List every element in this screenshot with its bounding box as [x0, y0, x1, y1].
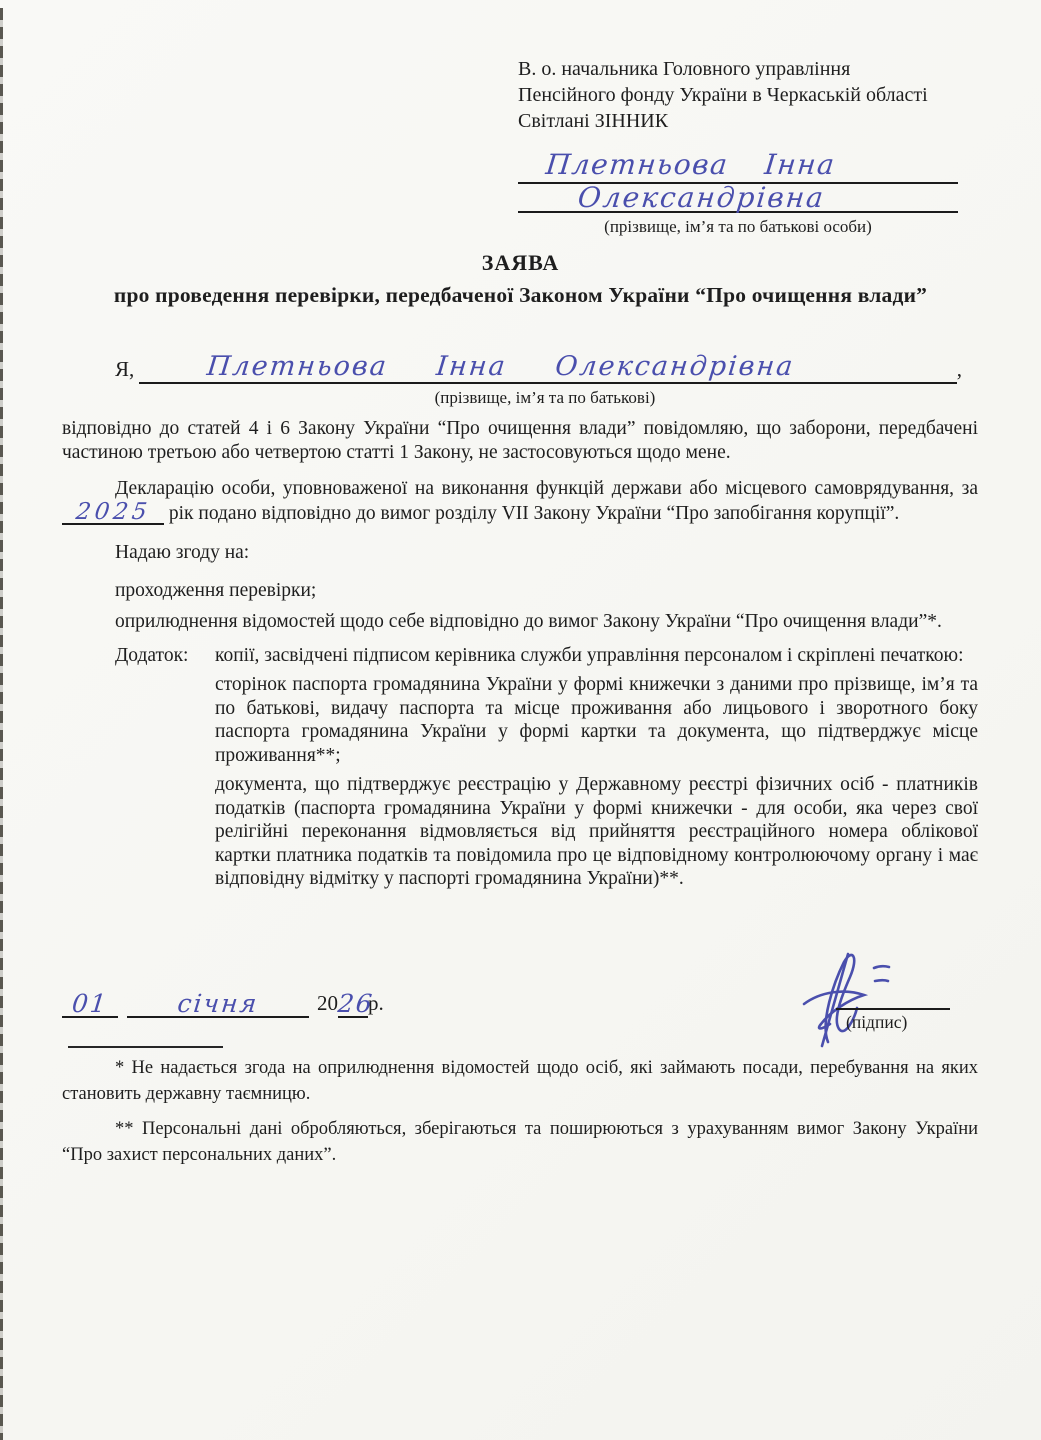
- attachment-item: копії, засвідчені підписом керівника слу…: [215, 644, 978, 668]
- attachment-item: сторінок паспорта громадянина України у …: [215, 673, 978, 767]
- signature-caption: (підпис): [846, 1012, 907, 1033]
- handwritten-patronymic: Олександрівна: [576, 181, 826, 214]
- paragraph-no-bans: відповідно до статей 4 і 6 Закону Україн…: [62, 417, 978, 464]
- attachment-label: Додаток:: [115, 644, 188, 668]
- declaration-text-after: рік подано відповідно до вимог розділу V…: [169, 503, 899, 524]
- date-month-ruled-line: січня: [127, 982, 309, 1018]
- date-century: 20: [317, 991, 338, 1018]
- date-year-ruled-line: 26: [338, 982, 368, 1018]
- addressee-line: Пенсійного фонду України в Черкаській об…: [518, 82, 968, 108]
- handwritten-surname-firstname: Плетньова Інна: [544, 148, 837, 181]
- footnote-divider: [68, 1046, 223, 1048]
- trailing-comma: ,: [957, 357, 962, 384]
- date-day-ruled-line: 01: [62, 982, 118, 1018]
- document-subtitle: про проведення перевірки, передбаченої З…: [0, 283, 1041, 308]
- handwritten-month: січня: [125, 989, 310, 1018]
- applicant-name-block: Плетньова Інна Олександрівна (прізвище, …: [518, 146, 958, 237]
- name-caption: (прізвище, ім’я та по батькові особи): [518, 217, 958, 237]
- signature-ruled-line: [836, 1008, 950, 1010]
- handwritten-year-digits: 26: [336, 989, 369, 1018]
- declarant-caption: (прізвище, ім’я та по батькові): [340, 388, 750, 408]
- name-ruled-line-1: Плетньова Інна: [518, 146, 958, 184]
- consent-item-check: проходження перевірки;: [62, 579, 978, 603]
- date-line: 01січня2026р.: [62, 982, 384, 1018]
- scanner-edge-artifact: [0, 8, 3, 1440]
- attachment-item: документа, що підтверджує реєстрацію у Д…: [215, 773, 978, 891]
- consent-item-publication: оприлюднення відомостей щодо себе відпов…: [62, 610, 978, 634]
- attachment-list: копії, засвідчені підписом керівника слу…: [215, 644, 978, 891]
- handwritten-full-name: Плетньова Інна Олександрівна: [206, 351, 797, 382]
- declarant-line: Я, Плетньова Інна Олександрівна ,: [62, 348, 962, 384]
- declaration-year-ruled-line: 2025: [62, 501, 164, 525]
- title-block: ЗАЯВА про проведення перевірки, передбач…: [0, 250, 1041, 308]
- document-title: ЗАЯВА: [0, 250, 1041, 276]
- scanned-document-page: В. о. начальника Головного управління Пе…: [0, 0, 1041, 1440]
- consent-intro: Надаю згоду на:: [62, 541, 978, 565]
- declarant-label: Я,: [62, 357, 134, 384]
- addressee-block: В. о. начальника Головного управління Пе…: [518, 56, 968, 134]
- handwritten-signature: [788, 950, 918, 1050]
- handwritten-declaration-year: 2025: [74, 501, 152, 525]
- paragraph-declaration: Декларацію особи, уповноваженої на викон…: [62, 477, 978, 525]
- handwritten-day: 01: [60, 989, 119, 1018]
- footnote-state-secret: * Не надається згода на оприлюднення від…: [62, 1055, 978, 1107]
- name-ruled-line-2: Олександрівна: [518, 184, 958, 213]
- signature-block: (підпис): [788, 948, 968, 1058]
- footnotes-section: * Не надається згода на оприлюднення від…: [62, 1046, 978, 1168]
- attachment-section: Додаток: копії, засвідчені підписом кері…: [62, 644, 978, 891]
- footnote-personal-data: ** Персональні дані обробляються, зберіг…: [62, 1116, 978, 1168]
- declaration-text-before: Декларацію особи, уповноваженої на викон…: [115, 478, 978, 499]
- addressee-line: В. о. начальника Головного управління: [518, 56, 968, 82]
- addressee-line: Світлані ЗІННИК: [518, 108, 968, 134]
- document-body: відповідно до статей 4 і 6 Закону Україн…: [62, 417, 978, 891]
- declarant-name-ruled-line: Плетньова Інна Олександрівна: [139, 348, 956, 384]
